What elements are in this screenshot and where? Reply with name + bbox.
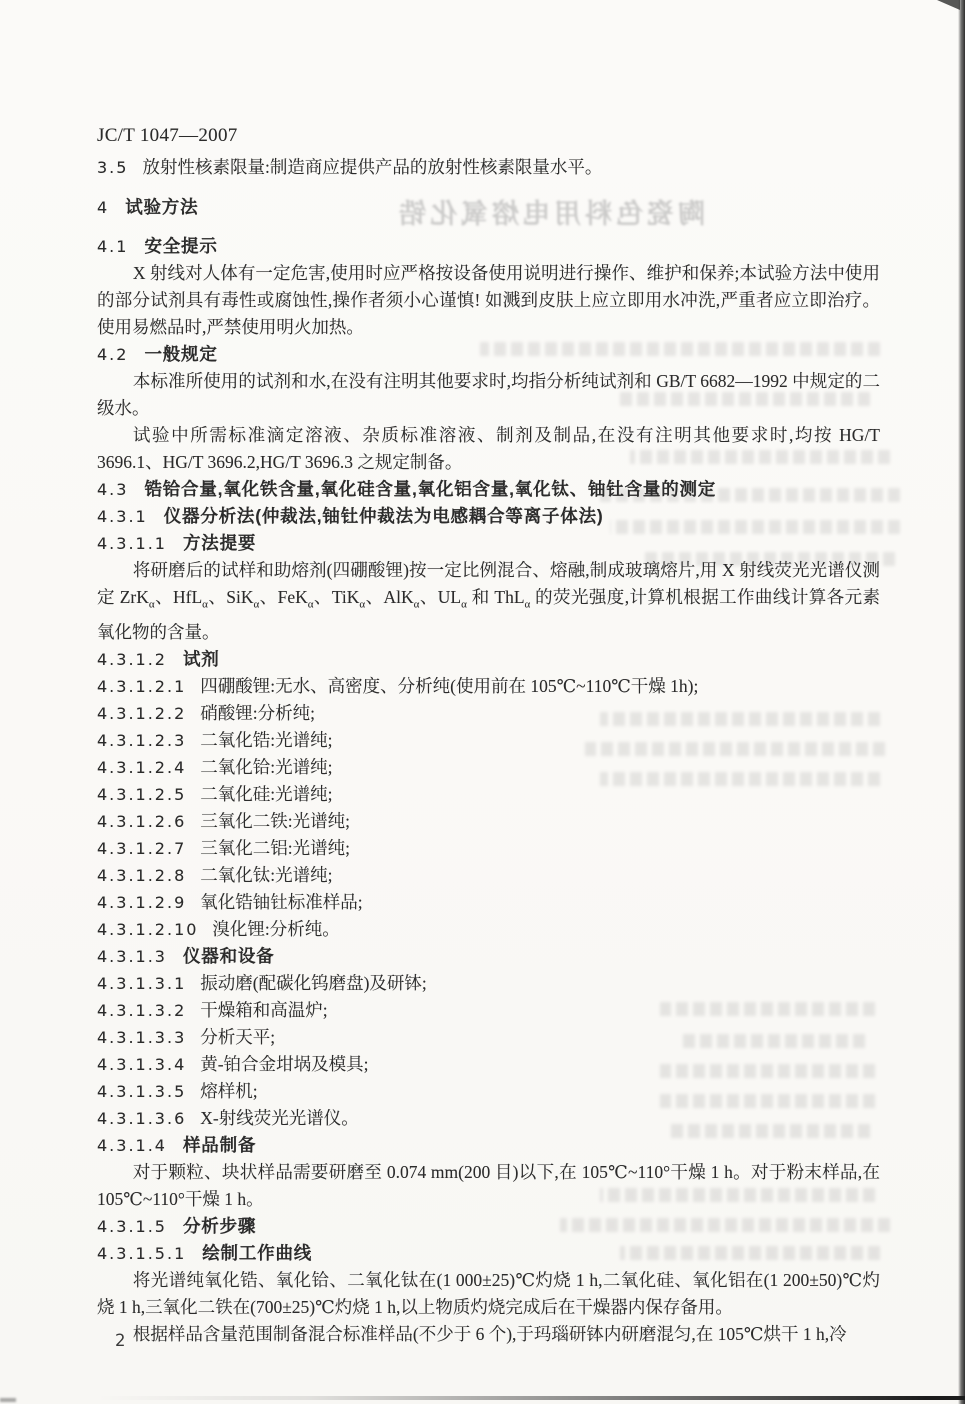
heading-4-1: 4.1安全提示 bbox=[97, 233, 880, 260]
heading-4-3: 4.3锆铪合量,氧化铁含量,氧化硅含量,氧化铝含量,氧化钛、铀钍含量的测定 bbox=[97, 476, 880, 503]
clause-number: 4.3.1.2.4 bbox=[97, 758, 186, 777]
clause-text: 振动磨(配碳化钨磨盘)及研钵; bbox=[200, 973, 427, 993]
clause-number: 4.3.1.3.4 bbox=[97, 1055, 186, 1074]
clause-text: 硝酸锂:分析纯; bbox=[200, 703, 315, 723]
clause-number: 4.3.1.2.9 bbox=[97, 893, 186, 912]
clause-text: 放射性核素限量:制造商应提供产品的放射性核素限量水平。 bbox=[142, 157, 602, 177]
clause-text: 干燥箱和高温炉; bbox=[200, 1000, 327, 1020]
clause-4-3-1-3-5: 4.3.1.3.5熔样机; bbox=[97, 1078, 880, 1105]
heading-4-3-1-2: 4.3.1.2试剂 bbox=[97, 646, 880, 673]
clause-text: 试剂 bbox=[183, 649, 220, 669]
clause-text: X-射线荧光光谱仪。 bbox=[200, 1108, 358, 1128]
heading-4: 4试验方法 bbox=[97, 194, 880, 221]
clause-number: 3.5 bbox=[97, 158, 128, 177]
clause-text: 二氧化硅:光谱纯; bbox=[200, 784, 332, 804]
clause-3-5: 3.5放射性核素限量:制造商应提供产品的放射性核素限量水平。 bbox=[97, 154, 880, 181]
clause-4-3-1-2-6: 4.3.1.2.6三氧化二铁:光谱纯; bbox=[97, 808, 880, 835]
scan-corner-top-right bbox=[932, 0, 960, 10]
clause-number: 4.3.1.5 bbox=[97, 1217, 167, 1236]
clause-4-3-1-2-7: 4.3.1.2.7三氧化二铝:光谱纯; bbox=[97, 835, 880, 862]
heading-4-3-1-5: 4.3.1.5分析步骤 bbox=[97, 1213, 880, 1240]
clause-number: 4.3.1.3.6 bbox=[97, 1109, 186, 1128]
clause-text: 一般规定 bbox=[144, 344, 217, 364]
clause-text: 氧化锆铀钍标准样品; bbox=[200, 892, 362, 912]
heading-4-3-1-3: 4.3.1.3仪器和设备 bbox=[97, 943, 880, 970]
clause-4-3-1-2-4: 4.3.1.2.4二氧化铪:光谱纯; bbox=[97, 754, 880, 781]
clause-4-3-1-3-3: 4.3.1.3.3分析天平; bbox=[97, 1024, 880, 1051]
clause-4-3-1-2-1: 4.3.1.2.1四硼酸锂:无水、高密度、分析纯(使用前在 105℃~110℃干… bbox=[97, 673, 880, 700]
paragraph: 本标准所使用的试剂和水,在没有注明其他要求时,均指分析纯试剂和 GB/T 668… bbox=[97, 368, 880, 422]
clause-number: 4.3.1.4 bbox=[97, 1136, 167, 1155]
clause-number: 4.3.1.3.5 bbox=[97, 1082, 186, 1101]
paragraph: 将光谱纯氧化锆、氧化铪、二氧化钛在(1 000±25)℃灼烧 1 h,二氧化硅、… bbox=[97, 1267, 880, 1321]
scan-corner-bottom-left bbox=[0, 1398, 16, 1402]
clause-text: 三氧化二铝:光谱纯; bbox=[200, 838, 350, 858]
clause-text: 方法提要 bbox=[183, 533, 256, 553]
clause-text: 二氧化锆:光谱纯; bbox=[200, 730, 332, 750]
scan-edge-bottom bbox=[0, 1396, 965, 1400]
clause-text: 二氧化钛:光谱纯; bbox=[200, 865, 332, 885]
clause-4-3-1-2-10: 4.3.1.2.10溴化锂:分析纯。 bbox=[97, 916, 880, 943]
paragraph: 试验中所需标准滴定溶液、杂质标准溶液、制剂及制品,在没有注明其他要求时,均按 H… bbox=[97, 422, 880, 476]
scan-edge-right bbox=[958, 0, 965, 1404]
clause-text: 三氧化二铁:光谱纯; bbox=[200, 811, 350, 831]
clause-text: 安全提示 bbox=[144, 236, 217, 256]
clause-number: 4.2 bbox=[97, 345, 128, 364]
clause-4-3-1-3-1: 4.3.1.3.1振动磨(配碳化钨磨盘)及研钵; bbox=[97, 970, 880, 997]
heading-4-3-1-5-1: 4.3.1.5.1绘制工作曲线 bbox=[97, 1240, 880, 1267]
clause-number: 4.3.1.2.8 bbox=[97, 866, 186, 885]
clause-number: 4.3.1.3.2 bbox=[97, 1001, 186, 1020]
clause-text: 对于颗粒、块状样品需要研磨至 0.074 mm(200 目)以下,在 105℃~… bbox=[97, 1162, 880, 1209]
clause-text: 四硼酸锂:无水、高密度、分析纯(使用前在 105℃~110℃干燥 1h); bbox=[200, 676, 698, 696]
document-body: JC/T 1047—2007 3.5放射性核素限量:制造商应提供产品的放射性核素… bbox=[97, 122, 880, 1348]
paragraph: 根据样品含量范围制备混合标准样品(不少于 6 个),于玛瑙研钵内研磨混匀,在 1… bbox=[97, 1321, 880, 1348]
clause-text: 锆铪合量,氧化铁含量,氧化硅含量,氧化铝含量,氧化钛、铀钍含量的测定 bbox=[144, 479, 716, 499]
clause-number: 4.3.1.1 bbox=[97, 534, 167, 553]
scanned-page: 陶瓷色料用电熔氧化锆 JC/T 1047—2007 3.5放射性核素限量:制造商… bbox=[0, 0, 965, 1404]
paragraph: X 射线对人体有一定危害,使用时应严格按设备使用说明进行操作、维护和保养;本试验… bbox=[97, 260, 880, 341]
clause-text: 绘制工作曲线 bbox=[202, 1243, 312, 1263]
clause-text: 仪器和设备 bbox=[183, 946, 275, 966]
document-blocks: 3.5放射性核素限量:制造商应提供产品的放射性核素限量水平。4试验方法4.1安全… bbox=[97, 154, 880, 1348]
heading-4-3-1-1: 4.3.1.1方法提要 bbox=[97, 530, 880, 557]
clause-number: 4.3.1.2.7 bbox=[97, 839, 186, 858]
clause-4-3-1-2-3: 4.3.1.2.3二氧化锆:光谱纯; bbox=[97, 727, 880, 754]
clause-number: 4.3.1.2.2 bbox=[97, 704, 186, 723]
clause-number: 4.3.1.3 bbox=[97, 947, 167, 966]
clause-4-3-1-2-5: 4.3.1.2.5二氧化硅:光谱纯; bbox=[97, 781, 880, 808]
clause-text: 仪器分析法(仲裁法,铀钍仲裁法为电感耦合等离子体法) bbox=[164, 506, 604, 526]
clause-4-3-1-3-6: 4.3.1.3.6X-射线荧光光谱仪。 bbox=[97, 1105, 880, 1132]
clause-text: 熔样机; bbox=[200, 1081, 257, 1101]
clause-text: 试验方法 bbox=[125, 197, 198, 217]
clause-text: 样品制备 bbox=[183, 1135, 256, 1155]
clause-text: X 射线对人体有一定危害,使用时应严格按设备使用说明进行操作、维护和保养;本试验… bbox=[97, 263, 880, 337]
clause-number: 4.3.1.2.1 bbox=[97, 677, 186, 696]
clause-text: 分析天平; bbox=[200, 1027, 275, 1047]
paragraph: 对于颗粒、块状样品需要研磨至 0.074 mm(200 目)以下,在 105℃~… bbox=[97, 1159, 880, 1213]
page-number: 2 bbox=[115, 1331, 126, 1350]
clause-4-3-1-3-2: 4.3.1.3.2干燥箱和高温炉; bbox=[97, 997, 880, 1024]
clause-text: 将光谱纯氧化锆、氧化铪、二氧化钛在(1 000±25)℃灼烧 1 h,二氧化硅、… bbox=[97, 1270, 880, 1317]
clause-number: 4.1 bbox=[97, 237, 128, 256]
clause-4-3-1-3-4: 4.3.1.3.4黄-铂合金坩埚及模具; bbox=[97, 1051, 880, 1078]
clause-text: 将研磨后的试样和助熔剂(四硼酸锂)按一定比例混合、熔融,制成玻璃熔片,用 X 射… bbox=[97, 560, 880, 642]
clause-4-3-1-2-9: 4.3.1.2.9氧化锆铀钍标准样品; bbox=[97, 889, 880, 916]
clause-number: 4.3.1.2.6 bbox=[97, 812, 186, 831]
clause-number: 4.3 bbox=[97, 480, 128, 499]
clause-text: 二氧化铪:光谱纯; bbox=[200, 757, 332, 777]
clause-number: 4.3.1.2 bbox=[97, 650, 167, 669]
clause-number: 4 bbox=[97, 198, 109, 217]
standard-code: JC/T 1047—2007 bbox=[97, 122, 880, 149]
clause-number: 4.3.1.5.1 bbox=[97, 1244, 186, 1263]
clause-text: 试验中所需标准滴定溶液、杂质标准溶液、制剂及制品,在没有注明其他要求时,均按 H… bbox=[97, 425, 880, 472]
heading-4-3-1: 4.3.1仪器分析法(仲裁法,铀钍仲裁法为电感耦合等离子体法) bbox=[97, 503, 880, 530]
clause-number: 4.3.1.2.10 bbox=[97, 920, 198, 939]
clause-number: 4.3.1 bbox=[97, 507, 148, 526]
clause-number: 4.3.1.3.1 bbox=[97, 974, 186, 993]
clause-4-3-1-2-2: 4.3.1.2.2硝酸锂:分析纯; bbox=[97, 700, 880, 727]
clause-text: 本标准所使用的试剂和水,在没有注明其他要求时,均指分析纯试剂和 GB/T 668… bbox=[97, 371, 880, 418]
clause-text: 溴化锂:分析纯。 bbox=[212, 919, 339, 939]
clause-text: 黄-铂合金坩埚及模具; bbox=[200, 1054, 368, 1074]
clause-number: 4.3.1.2.5 bbox=[97, 785, 186, 804]
clause-number: 4.3.1.3.3 bbox=[97, 1028, 186, 1047]
clause-4-3-1-2-8: 4.3.1.2.8二氧化钛:光谱纯; bbox=[97, 862, 880, 889]
clause-text: 分析步骤 bbox=[183, 1216, 256, 1236]
paragraph: 将研磨后的试样和助熔剂(四硼酸锂)按一定比例混合、熔融,制成玻璃熔片,用 X 射… bbox=[97, 557, 880, 646]
heading-4-2: 4.2一般规定 bbox=[97, 341, 880, 368]
heading-4-3-1-4: 4.3.1.4样品制备 bbox=[97, 1132, 880, 1159]
clause-text: 根据样品含量范围制备混合标准样品(不少于 6 个),于玛瑙研钵内研磨混匀,在 1… bbox=[133, 1324, 847, 1344]
clause-number: 4.3.1.2.3 bbox=[97, 731, 186, 750]
